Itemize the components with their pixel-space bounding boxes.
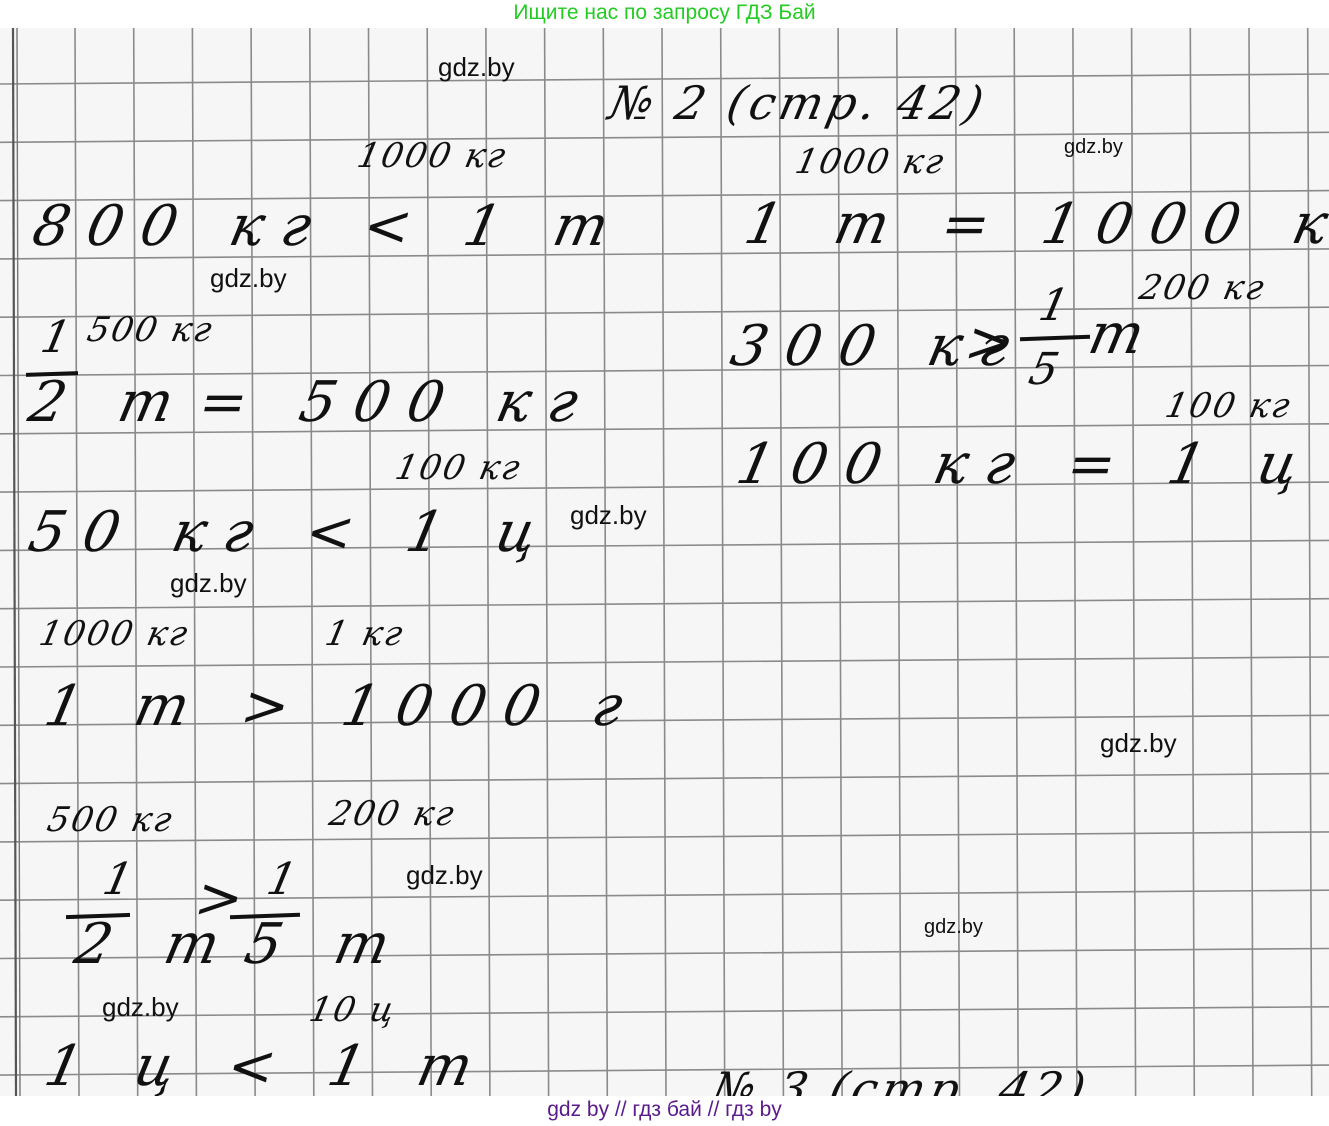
watermark: gdz.by [406, 860, 483, 891]
top-banner: Ищите нас по запросу ГДЗ Бай [0, 0, 1329, 28]
annotation: 10 ц [306, 990, 400, 1030]
watermark: gdz.by [1100, 728, 1177, 759]
expression: 100 кг = 1 ц [731, 432, 1322, 497]
annotation-right: 200 кг [326, 794, 460, 834]
annotation-right: 1 кг [322, 614, 408, 654]
annotation: 1000 кг [792, 142, 949, 182]
fraction-denominator: 2 т [23, 370, 197, 435]
notebook-page-scan: № 2 (стр. 42) gdz.by gdz.by gdz.by gdz.b… [0, 28, 1329, 1096]
bottom-banner: gdz by // гдз бай // гдз by [0, 1096, 1329, 1126]
expression: 800 кг < 1 т [27, 194, 632, 259]
expression: 1 ц < 1 т [39, 1034, 496, 1096]
watermark: gdz.by [102, 992, 179, 1023]
unit: т [1083, 302, 1168, 367]
watermark: gdz.by [210, 263, 287, 294]
expression: 50 кг < 1 ц [23, 500, 561, 565]
next-exercise-heading-partial: № 3 (стр. 42) [706, 1062, 1094, 1096]
exercise-heading: № 2 (стр. 42) [604, 76, 992, 130]
annotation-left: 1000 кг [36, 614, 193, 654]
annotation: 500 кг [84, 310, 218, 350]
annotation: 1000 кг [354, 136, 511, 176]
watermark: gdz.by [170, 568, 247, 599]
expression: 1 т = 1000 кг [739, 192, 1329, 257]
watermark: gdz.by [570, 500, 647, 531]
annotation: 100 кг [1162, 386, 1296, 426]
watermark: gdz.by [438, 52, 515, 83]
annotation-left: 500 кг [44, 800, 178, 840]
watermark: gdz.by [924, 916, 983, 939]
comparator: > [959, 310, 1038, 375]
right-denominator: 5 т [239, 912, 413, 977]
expression-rest: = 500 кг [193, 370, 602, 435]
annotation: 100 кг [392, 448, 526, 488]
expression: 1 т > 1000 г [39, 674, 646, 739]
watermark: gdz.by [1064, 136, 1123, 159]
